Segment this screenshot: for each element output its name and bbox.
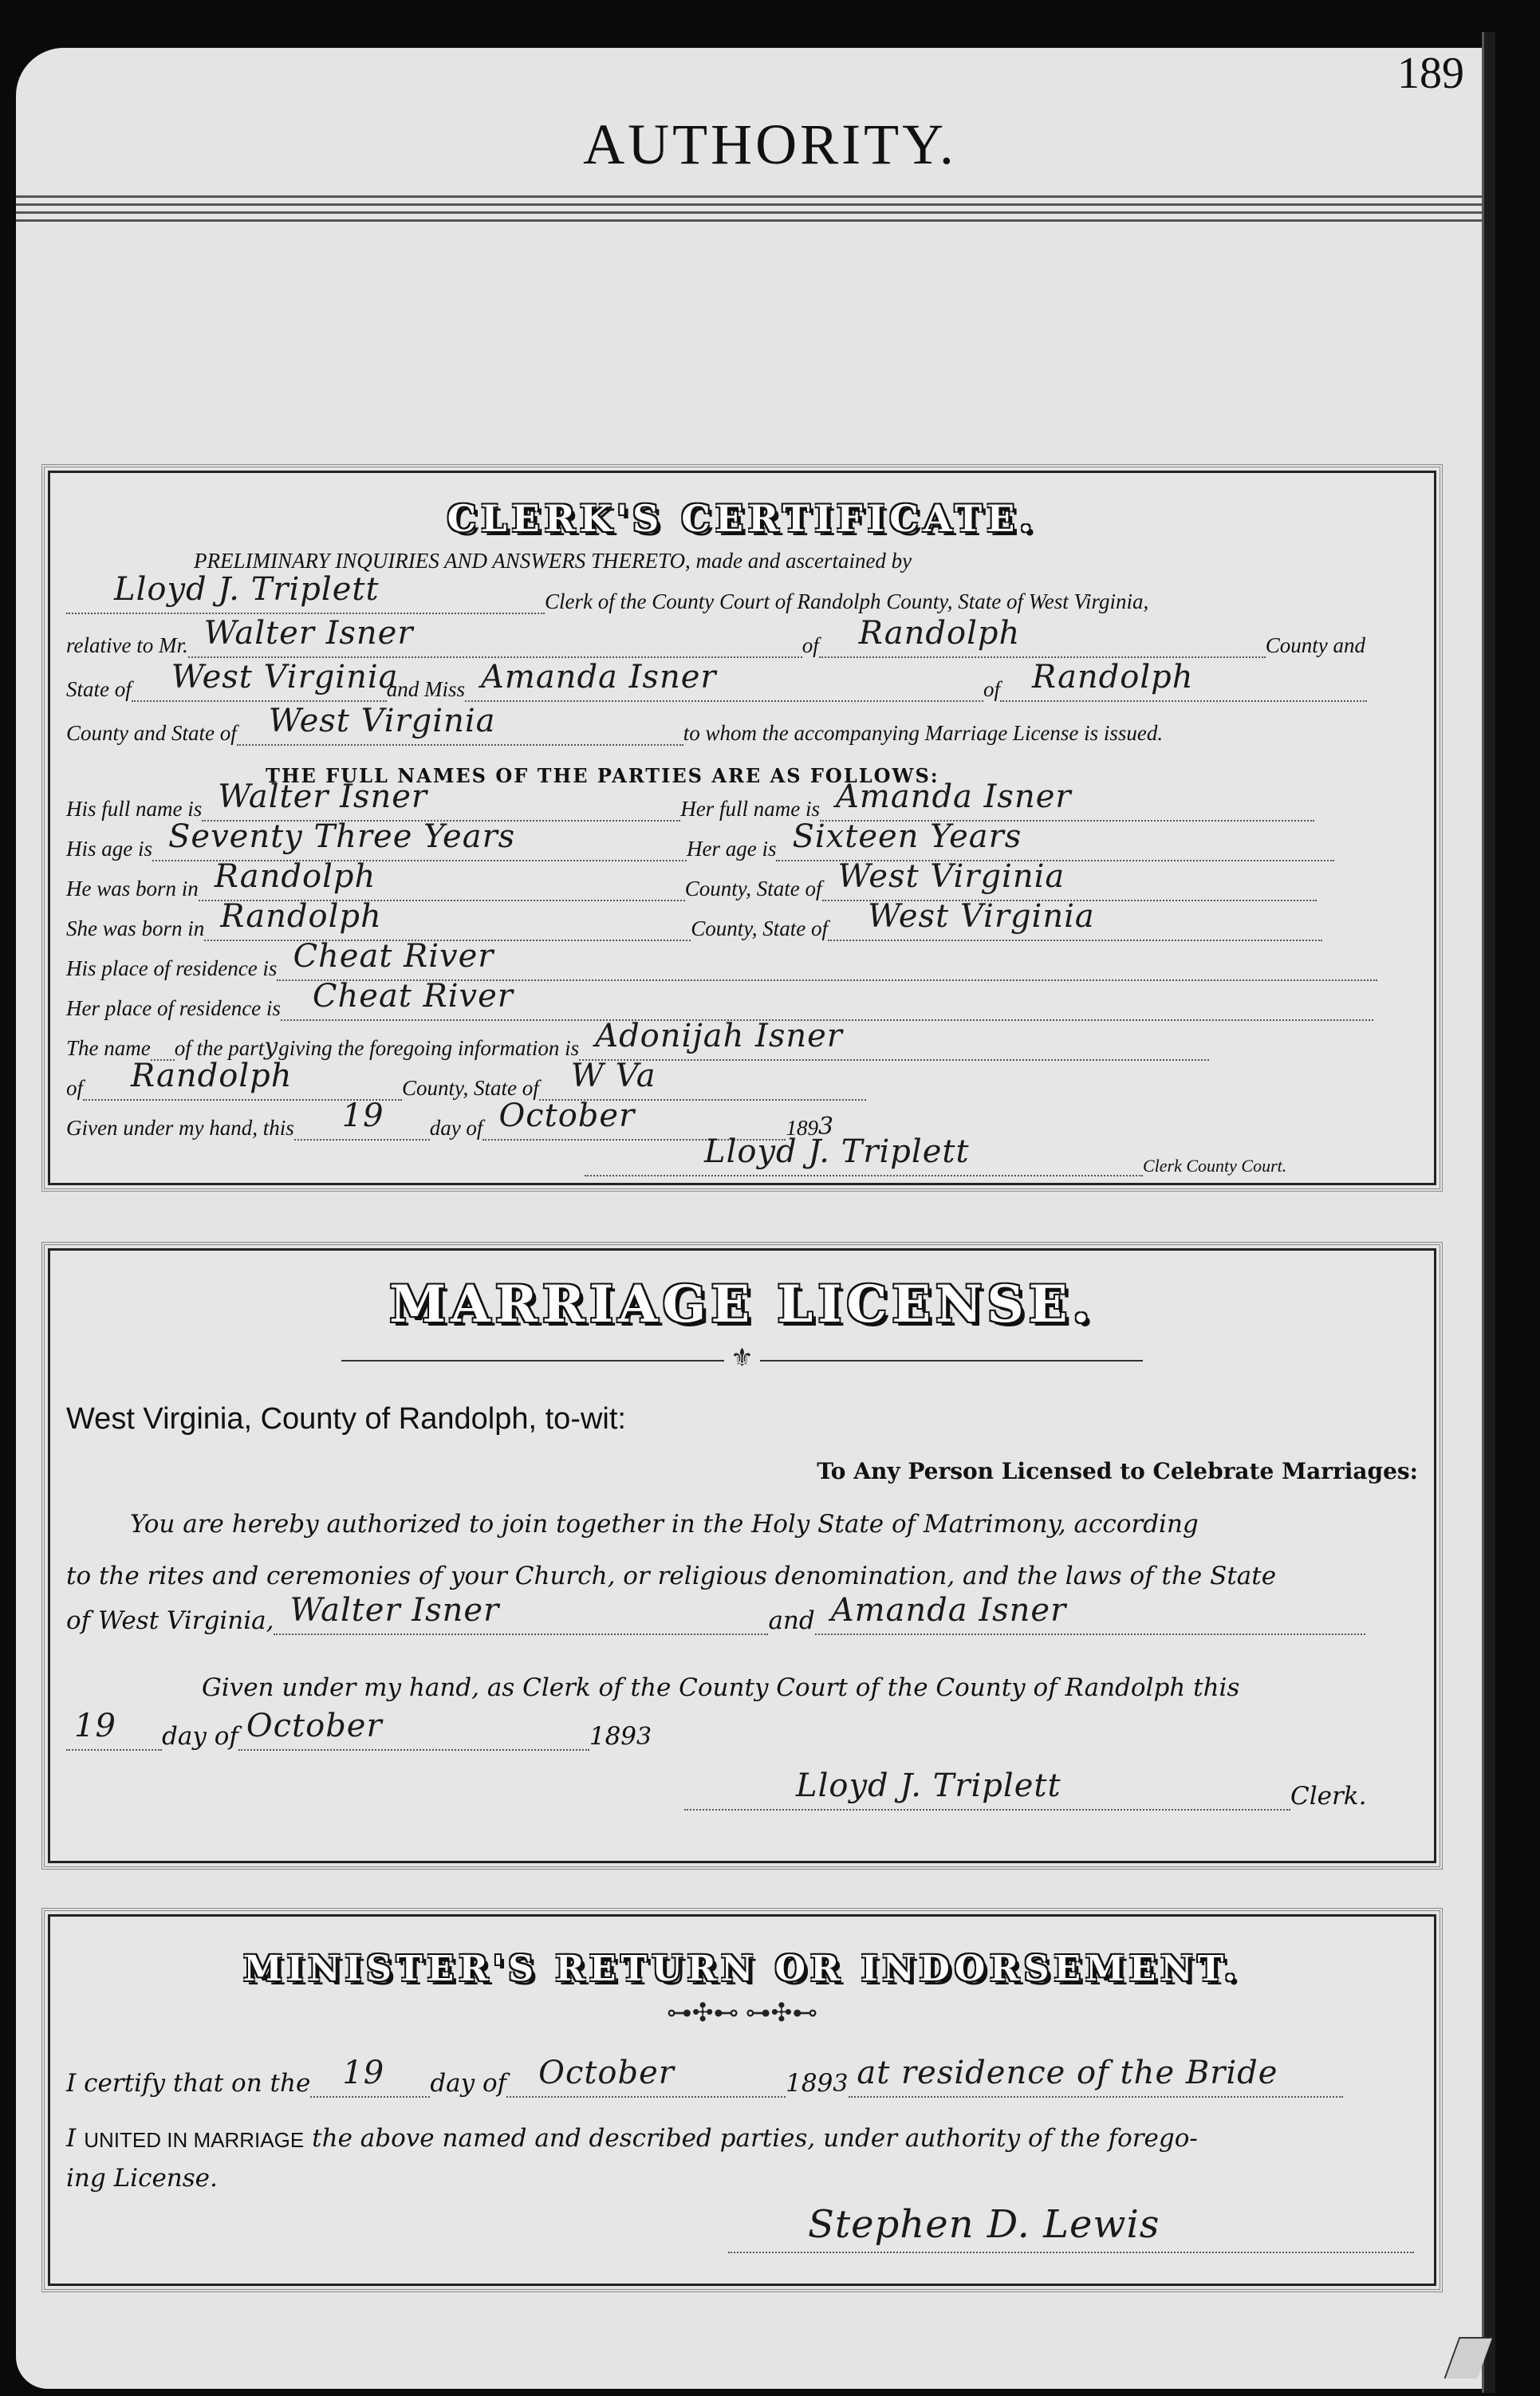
license-bride: Amanda Isner <box>831 1592 1066 1629</box>
clerk-label: Clerk of the County Court of Randolph Co… <box>545 589 1148 614</box>
license-given-line: Given under my hand, as Clerk of the Cou… <box>202 1673 1239 1702</box>
ornament-divider: ⚜ <box>50 1342 1434 1373</box>
clerk-cert-signature: Lloyd J. Triplett <box>704 1133 970 1170</box>
return-place: at residence of the Bride <box>857 2055 1278 2091</box>
clerks-certificate-panel: CLERK'S CERTIFICATE. PRELIMINARY INQUIRI… <box>48 471 1436 1185</box>
license-signature: Lloyd J. Triplett <box>796 1767 1061 1804</box>
he-born-label: He was born in <box>66 877 199 901</box>
united-caps: UNITED IN MARRIAGE <box>84 2128 304 2153</box>
certify-label: I certify that on the <box>66 2069 310 2098</box>
her-age-label: Her age is <box>687 837 776 861</box>
informant-of-label: of <box>66 1076 83 1101</box>
and-label: and <box>768 1606 814 1635</box>
return-day: 19 <box>342 2055 384 2091</box>
groom-county: Randolph <box>859 615 1021 652</box>
page-edge <box>1482 32 1495 2393</box>
given-label: Given under my hand, this <box>66 1116 294 1141</box>
of-label: of <box>802 633 819 658</box>
relative-to-label: relative to Mr. <box>66 633 188 658</box>
marriage-license-panel: MARRIAGE LICENSE. ⚜ West Virginia, Count… <box>48 1248 1436 1863</box>
jurisdiction-text: West Virginia, County of Randolph, to-wi… <box>66 1402 626 1436</box>
he-born-state: West Virginia <box>838 858 1065 895</box>
clerk-cert-day: 19 <box>342 1098 384 1134</box>
ministers-return-heading: MINISTER'S RETURN OR INDORSEMENT. <box>50 1949 1434 1989</box>
page-title: AUTHORITY. <box>0 112 1540 178</box>
county-state-label: County, State of <box>685 877 822 901</box>
license-month: October <box>246 1708 383 1744</box>
her-age: Sixteen Years <box>792 818 1022 855</box>
she-born-county: Randolph <box>220 898 382 935</box>
informant-suffix: y <box>264 1033 278 1061</box>
her-residence-label: Her place of residence is <box>66 996 281 1021</box>
his-full-name: Walter Isner <box>218 778 427 815</box>
return-year-suffix: 3 <box>833 2070 849 2098</box>
ministers-return-panel: MINISTER'S RETURN OR INDORSEMENT. ⊶✣⊷ ⊶✣… <box>48 1914 1436 2286</box>
ornament-flourish: ⊶✣⊷ ⊶✣⊷ <box>50 1997 1434 2028</box>
license-day: 19 <box>74 1708 116 1744</box>
issued-label: to whom the accompanying Marriage Licens… <box>683 721 1163 746</box>
header-rules <box>16 195 1484 227</box>
bride-name: Amanda Isner <box>481 659 716 696</box>
she-born-label: She was born in <box>66 916 204 941</box>
her-full-name: Amanda Isner <box>836 778 1071 815</box>
clerks-certificate-heading: CLERK'S CERTIFICATE. <box>50 497 1434 540</box>
return-day-of-label: day of <box>430 2069 506 2098</box>
intro-text: PRELIMINARY INQUIRIES AND ANSWERS THERET… <box>194 549 912 573</box>
return-year-prefix: 189 <box>786 2069 833 2098</box>
clerk-name: Lloyd J. Triplett <box>114 571 380 608</box>
page-number: 189 <box>1397 48 1464 99</box>
marriage-license-heading: MARRIAGE LICENSE. <box>50 1275 1434 1334</box>
groom-state: West Virginia <box>171 659 399 696</box>
minister-signature: Stephen D. Lewis <box>808 2202 1160 2247</box>
signature-title: Clerk County Court. <box>1143 1156 1286 1176</box>
license-body-line1: You are hereby authorized to join togeth… <box>130 1510 1199 1539</box>
united-rest: the above named and described parties, u… <box>312 2124 1198 2153</box>
state-of-label: State of <box>66 677 132 702</box>
license-body-line3: of West Virginia, <box>66 1606 274 1635</box>
groom-name: Walter Isner <box>204 615 414 652</box>
license-body-line2: to the rites and ceremonies of your Chur… <box>66 1562 1276 1590</box>
addressee-text: To Any Person Licensed to Celebrate Marr… <box>817 1458 1418 1484</box>
day-of-label: day of <box>430 1116 483 1141</box>
informant-state: W Va <box>571 1058 656 1094</box>
she-born-state: West Virginia <box>868 898 1095 935</box>
county-state-of-label: County and State of <box>66 721 237 746</box>
informant-name: Adonijah Isner <box>595 1018 843 1054</box>
her-residence: Cheat River <box>313 978 514 1015</box>
license-groom: Walter Isner <box>289 1592 499 1629</box>
informant-label-c: giving the foregoing information is <box>278 1036 579 1061</box>
license-year-prefix: 189 <box>589 1722 636 1751</box>
bride-county: Randolph <box>1032 659 1194 696</box>
of-label-2: of <box>983 677 1000 702</box>
return-month: October <box>538 2055 675 2091</box>
county-and-label: County and <box>1266 633 1365 658</box>
bride-state: West Virginia <box>269 703 496 739</box>
county-state-label-2: County, State of <box>691 916 828 941</box>
informant-county: Randolph <box>131 1058 293 1094</box>
license-day-of-label: day of <box>162 1722 238 1751</box>
license-year-suffix: 3 <box>636 1723 652 1751</box>
his-age: Seventy Three Years <box>168 818 515 855</box>
his-residence-label: His place of residence is <box>66 956 277 981</box>
license-signature-title: Clerk. <box>1290 1782 1366 1811</box>
he-born-county: Randolph <box>215 858 376 895</box>
his-age-label: His age is <box>66 837 152 861</box>
clerk-cert-month: October <box>498 1098 635 1134</box>
united-line2: ing License. <box>66 2164 218 2193</box>
his-residence: Cheat River <box>293 938 494 975</box>
united-prefix: I <box>66 2124 76 2153</box>
